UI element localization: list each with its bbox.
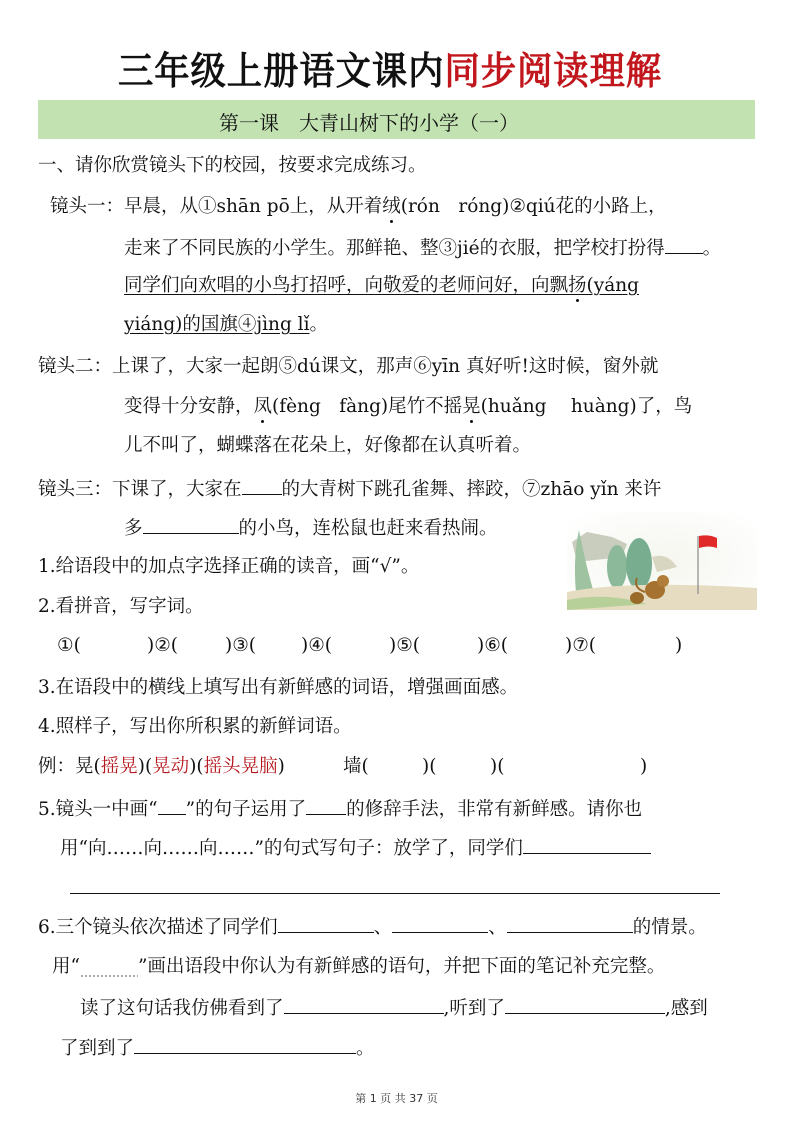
question-6-line4: 了到到了。 bbox=[60, 1035, 375, 1061]
text: (yáng bbox=[587, 275, 639, 296]
text: 多 bbox=[124, 518, 143, 539]
text: yiáng)的国旗④jìng lǐ bbox=[124, 314, 310, 335]
text: (huǎng huàng)了，鸟 bbox=[481, 396, 693, 417]
text: 的情景。 bbox=[633, 917, 707, 938]
exercise-sep-2[interactable]: )( bbox=[490, 755, 504, 779]
fill-blank[interactable] bbox=[523, 835, 651, 854]
text: 上课了，大家一起朗⑤dú课文，那声⑥yīn 真好听!这时候，窗外就 bbox=[112, 356, 658, 377]
text: 。 bbox=[356, 1038, 375, 1059]
fill-blank[interactable] bbox=[278, 914, 374, 933]
text: 早晨，从①shān pō上，从开着 bbox=[124, 196, 382, 217]
text: ”的句子运用了 bbox=[186, 799, 306, 820]
question-6-line2: 用“”画出语段中你认为有新鲜感的语句，并把下面的笔记补充完整。 bbox=[52, 955, 665, 979]
lesson-title: 第一课 大青山树下的小学（一） bbox=[219, 107, 519, 136]
text: (rón róng)②qiú花的小路上， bbox=[401, 196, 667, 217]
text: )( bbox=[138, 756, 152, 777]
example-word-1: 摇晃 bbox=[101, 756, 138, 777]
text: 的小鸟，连松鼠也赶来看热闹。 bbox=[239, 518, 498, 539]
text: 下课了，大家在 bbox=[112, 479, 242, 500]
dotted-char: 扬 bbox=[568, 275, 587, 296]
illustration-image bbox=[567, 512, 757, 610]
answer-line[interactable] bbox=[70, 893, 720, 894]
document-title: 三年级上册语文课内同步阅读理解 bbox=[118, 40, 662, 95]
question-4: 4.照样子，写出你所积累的新鲜词语。 bbox=[38, 715, 352, 739]
question-1: 1.给语段中的加点字选择正确的读音，画“√”。 bbox=[38, 555, 419, 579]
question-5-line2: 用“向……向……向……”的句式写句子：放学了，同学们 bbox=[60, 835, 651, 861]
question-4-example: 例：晃(摇晃)(晃动)(摇头晃脑) 墙( )( )( ) bbox=[38, 755, 738, 779]
text: 用“ bbox=[52, 956, 80, 977]
text: 走来了不同民族的小学生。那鲜艳、整③jié的衣服，把学校打扮得 bbox=[124, 238, 665, 259]
slot-1[interactable]: ①( bbox=[57, 634, 81, 658]
shot1-label: 镜头一： bbox=[50, 196, 124, 217]
question-6-line1: 6.三个镜头依次描述了同学们、、的情景。 bbox=[38, 914, 707, 940]
exercise-sep-1[interactable]: )( bbox=[422, 755, 436, 779]
slot-end: ) bbox=[675, 634, 682, 658]
text: 用“向……向……向……”的句式写句子：放学了，同学们 bbox=[60, 838, 523, 859]
campus-illustration bbox=[567, 512, 757, 610]
text: 读了这句话我仿佛看到了 bbox=[80, 998, 284, 1019]
text: 了到到了 bbox=[60, 1038, 134, 1059]
fill-blank[interactable] bbox=[665, 235, 703, 254]
shot1-line1: 镜头一：早晨，从①shān pō上，从开着绒(rón róng)②qiú花的小路… bbox=[50, 195, 667, 219]
question-5-line1: 5.镜头一中画“”的句子运用了的修辞手法，非常有新鲜感。请你也 bbox=[38, 796, 642, 822]
question-3: 3.在语段中的横线上填写出有新鲜感的词语，增强画面感。 bbox=[38, 676, 518, 700]
fill-blank[interactable] bbox=[134, 1035, 356, 1054]
lesson-header-bar: 第一课 大青山树下的小学（一） bbox=[38, 100, 755, 139]
question-6-line3: 读了这句话我仿佛看到了,听到了,感到 bbox=[80, 995, 708, 1021]
fill-blank[interactable] bbox=[158, 796, 186, 815]
text: 5.镜头一中画“ bbox=[38, 799, 158, 820]
shot1-line4: yiáng)的国旗④jìng lǐ。 bbox=[124, 313, 328, 337]
slot-2[interactable]: )②( bbox=[147, 634, 178, 658]
wavy-underline-sample bbox=[80, 974, 138, 978]
text: ,感到 bbox=[665, 998, 708, 1019]
page-number: 第 1 页 共 37 页 bbox=[0, 1090, 793, 1106]
slot-7[interactable]: )⑦( bbox=[565, 634, 596, 658]
example-word-2: 晃动 bbox=[152, 756, 189, 777]
shot3-line1: 镜头三：下课了，大家在的大青树下跳孔雀舞、摔跤，⑦zhāo yǐn 来许 bbox=[38, 476, 661, 502]
fill-blank[interactable] bbox=[392, 914, 488, 933]
exercise-char[interactable]: 墙( bbox=[343, 755, 369, 779]
fill-blank[interactable] bbox=[306, 796, 346, 815]
question-2: 2.看拼音，写字词。 bbox=[38, 595, 204, 619]
example-prefix: 例：晃( bbox=[38, 756, 101, 777]
exercise-end: ) bbox=[640, 755, 647, 779]
dotted-char: 晃 bbox=[462, 396, 481, 417]
slot-3[interactable]: )③( bbox=[225, 634, 256, 658]
text: ,听到了 bbox=[444, 998, 505, 1019]
shot1-line3-underlined: 同学们向欢唱的小鸟打招呼，向敬爱的老师问好，向飘扬(yáng bbox=[124, 274, 639, 298]
dotted-char: 绒 bbox=[382, 196, 401, 217]
shot1-line2: 走来了不同民族的小学生。那鲜艳、整③jié的衣服，把学校打扮得。 bbox=[124, 235, 721, 261]
shot3-label: 镜头三： bbox=[38, 479, 112, 500]
shot2-line3: 儿不叫了，蝴蝶落在花朵上，好像都在认真听着。 bbox=[124, 434, 531, 458]
title-red-part: 同步阅读理解 bbox=[444, 49, 662, 93]
fill-blank[interactable] bbox=[505, 995, 665, 1014]
fill-blank[interactable] bbox=[242, 476, 282, 495]
text: (fèng fàng)尾竹不摇 bbox=[272, 396, 462, 417]
text: ”画出语段中你认为有新鲜感的语句，并把下面的笔记补充完整。 bbox=[138, 956, 665, 977]
text: 的修辞手法，非常有新鲜感。请你也 bbox=[346, 799, 642, 820]
section-heading: 一、请你欣赏镜头下的校园，按要求完成练习。 bbox=[38, 154, 427, 178]
title-black-part: 三年级上册语文课内 bbox=[118, 49, 444, 93]
dotted-char: 凤 bbox=[254, 396, 273, 417]
fill-blank[interactable] bbox=[143, 515, 239, 534]
slot-6[interactable]: )⑥( bbox=[477, 634, 508, 658]
text: 。 bbox=[310, 314, 329, 335]
text: 同学们向欢唱的小鸟打招呼，向敬爱的老师问好，向飘 bbox=[124, 275, 568, 296]
text: )( bbox=[189, 756, 203, 777]
text: 、 bbox=[488, 917, 507, 938]
text: 、 bbox=[374, 917, 393, 938]
example-word-3: 摇头晃脑 bbox=[204, 756, 278, 777]
shot2-line1: 镜头二：上课了，大家一起朗⑤dú课文，那声⑥yīn 真好听!这时候，窗外就 bbox=[38, 355, 658, 379]
fill-blank[interactable] bbox=[507, 914, 633, 933]
shot3-line2: 多的小鸟，连松鼠也赶来看热闹。 bbox=[124, 515, 498, 541]
text: 变得十分安静， bbox=[124, 396, 254, 417]
shot2-line2: 变得十分安静，凤(fèng fàng)尾竹不摇晃(huǎng huàng)了，鸟 bbox=[124, 395, 692, 419]
text: 6.三个镜头依次描述了同学们 bbox=[38, 917, 278, 938]
shot2-label: 镜头二： bbox=[38, 356, 112, 377]
slot-5[interactable]: )⑤( bbox=[389, 634, 420, 658]
slot-4[interactable]: )④( bbox=[301, 634, 332, 658]
text: 。 bbox=[703, 238, 722, 259]
fill-blank[interactable] bbox=[284, 995, 444, 1014]
text: 的大青树下跳孔雀舞、摔跤，⑦zhāo yǐn 来许 bbox=[282, 479, 662, 500]
text: ) bbox=[278, 756, 285, 777]
